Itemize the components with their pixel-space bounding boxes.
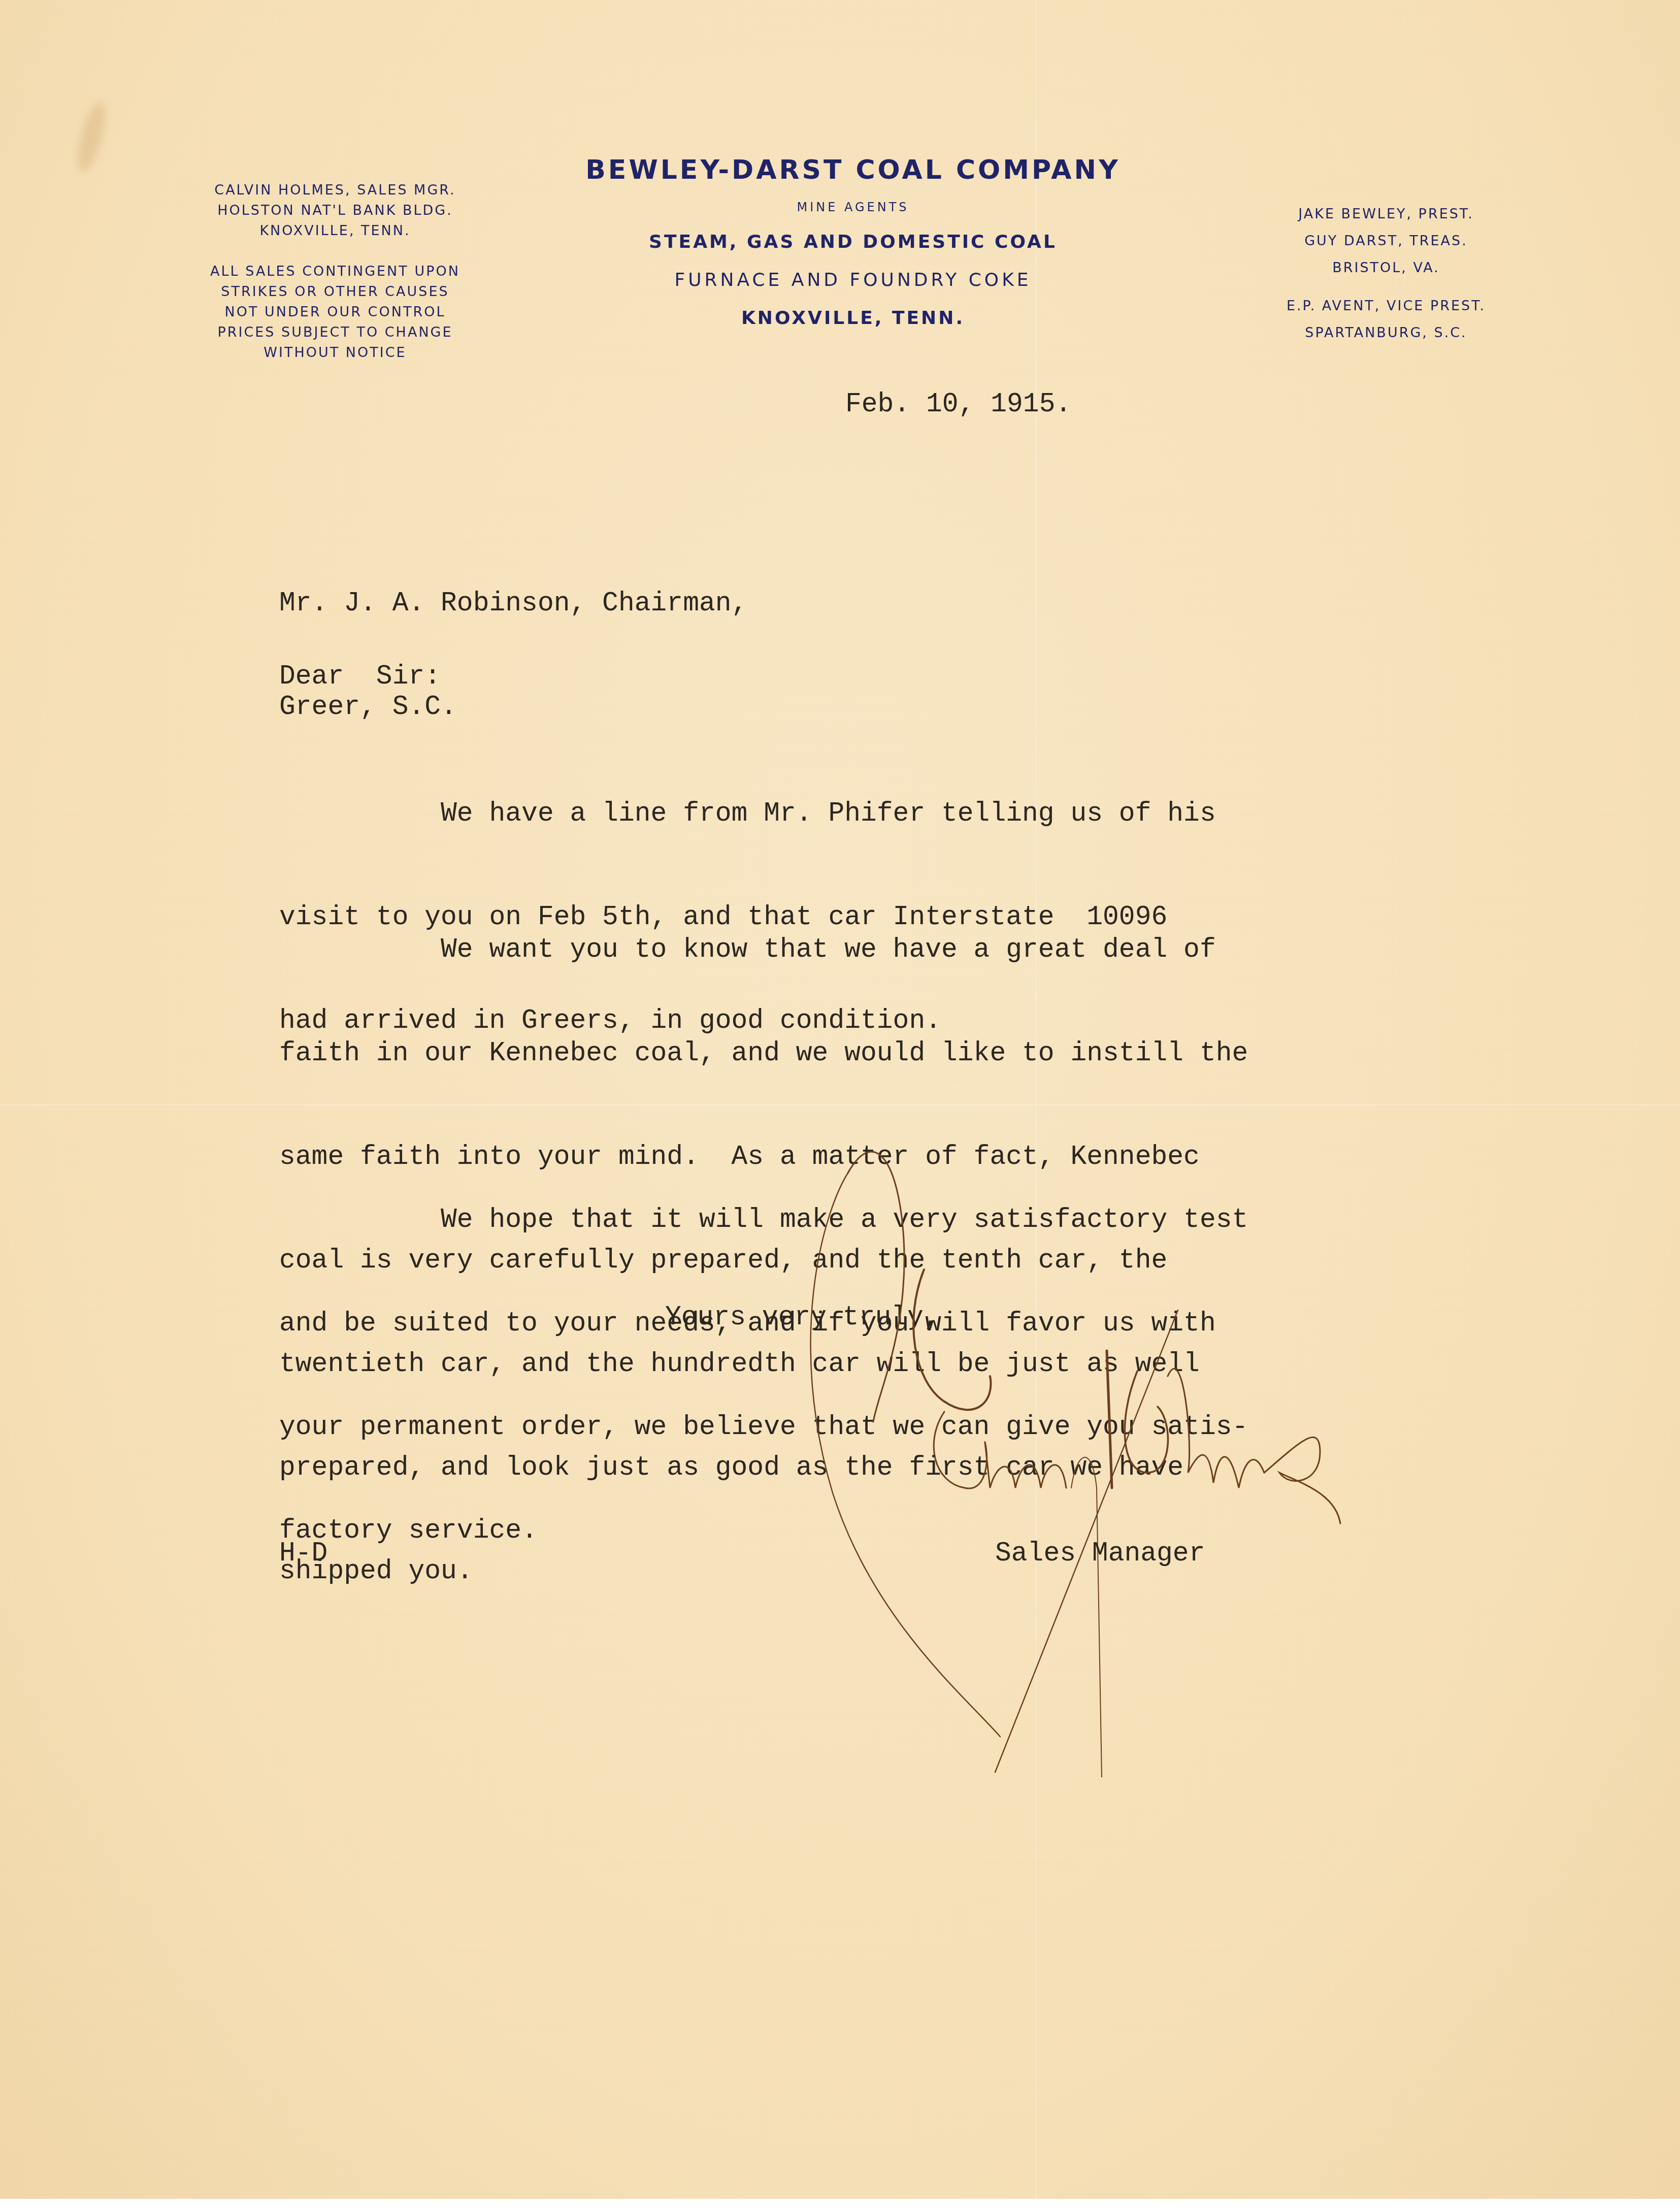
salutation: Dear Sir:: [279, 659, 441, 694]
recipient-address: Mr. J. A. Robinson, Chairman, Greer, S.C…: [279, 517, 747, 759]
office-address-line: HOLSTON NAT'L BANK BLDG.: [173, 201, 498, 221]
notice-line: WITHOUT NOTICE: [173, 343, 498, 363]
vice-president-line: E.P. AVENT, VICE PREST.: [1234, 292, 1538, 319]
letterhead-left-block: CALVIN HOLMES, SALES MGR. HOLSTON NAT'L …: [173, 180, 498, 363]
signer-title: Sales Manager: [995, 1536, 1205, 1571]
paragraph-line: faith in our Kennebec coal, and we would…: [279, 1036, 1248, 1070]
notice-line: PRICES SUBJECT TO CHANGE: [173, 322, 498, 343]
president-line: JAKE BEWLEY, PREST.: [1234, 201, 1538, 227]
office-city-line: KNOXVILLE, TENN.: [173, 221, 498, 241]
sales-manager-line: CALVIN HOLMES, SALES MGR.: [173, 180, 498, 201]
notice-line: ALL SALES CONTINGENT UPON: [173, 262, 498, 282]
company-city: KNOXVILLE, TENN.: [538, 308, 1168, 329]
paragraph-line: We want you to know that we have a great…: [279, 932, 1248, 967]
paragraph-line: We have a line from Mr. Phifer telling u…: [279, 796, 1216, 831]
recipient-city-line: Greer, S.C.: [279, 690, 747, 724]
letter-date: Feb. 10, 1915.: [845, 387, 1071, 421]
company-subtitle: MINE AGENTS: [538, 200, 1168, 214]
bristol-line: BRISTOL, VA.: [1234, 254, 1538, 281]
spartanburg-line: SPARTANBURG, S.C.: [1234, 319, 1538, 346]
scan-edge: [0, 2199, 1680, 2212]
notice-line: STRIKES OR OTHER CAUSES: [173, 282, 498, 302]
treasurer-line: GUY DARST, TREAS.: [1234, 227, 1538, 254]
company-name: BEWLEY-DARST COAL COMPANY: [538, 152, 1168, 188]
letterhead-right-block: JAKE BEWLEY, PREST. GUY DARST, TREAS. BR…: [1234, 201, 1538, 346]
notice-line: NOT UNDER OUR CONTROL: [173, 302, 498, 322]
letterhead-center-block: BEWLEY-DARST COAL COMPANY MINE AGENTS ST…: [538, 152, 1168, 329]
signature-icon: [660, 1137, 1574, 1777]
product-line: FURNACE AND FOUNDRY COKE: [538, 270, 1168, 290]
typist-initials: H-D: [279, 1536, 327, 1571]
recipient-name-line: Mr. J. A. Robinson, Chairman,: [279, 586, 747, 621]
product-line: STEAM, GAS AND DOMESTIC COAL: [538, 232, 1168, 252]
